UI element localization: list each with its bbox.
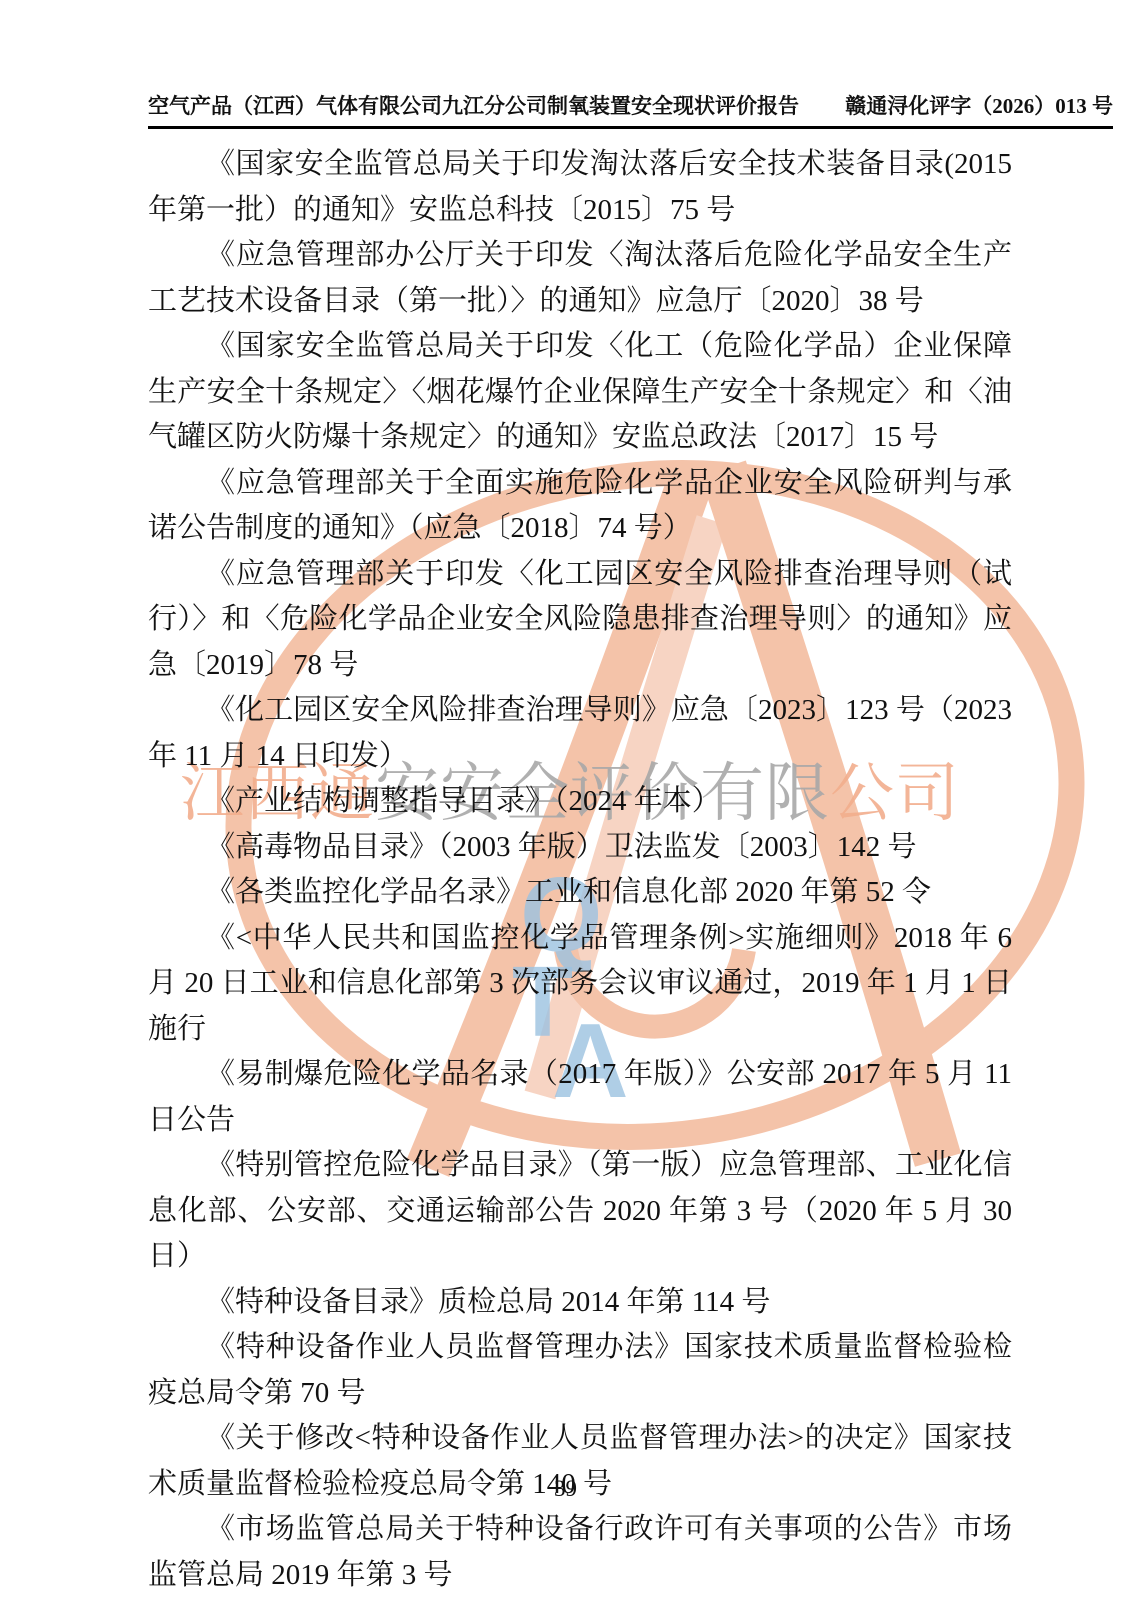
header-rule xyxy=(148,126,1113,129)
regulation-item: 《化工园区安全风险排查治理导则》应急〔2023〕123 号（2023 年 11 … xyxy=(148,688,1012,779)
regulation-item: 《国家安全监管总局关于印发淘汰落后安全技术装备目录(2015 年第一批）的通知》… xyxy=(148,142,1012,233)
regulation-item: 《特种设备目录》质检总局 2014 年第 114 号 xyxy=(148,1280,1012,1326)
page-header: 空气产品（江西）气体有限公司九江分公司制氧装置安全现状评价报告 赣通浔化评字（2… xyxy=(148,90,1113,120)
regulation-item: 《应急管理部办公厅关于印发〈淘汰落后危险化学品安全生产工艺技术设备目录（第一批）… xyxy=(148,233,1012,324)
regulation-item: 《<中华人民共和国监控化学品管理条例>实施细则》2018 年 6 月 20 日工… xyxy=(148,916,1012,1053)
regulation-item: 《应急管理部关于全面实施危险化学品企业安全风险研判与承诺公告制度的通知》（应急〔… xyxy=(148,461,1012,552)
regulation-item: 《国家安全监管总局关于印发〈化工（危险化学品）企业保障生产安全十条规定〉〈烟花爆… xyxy=(148,324,1012,461)
page-footer: 39 xyxy=(0,1476,1131,1502)
regulation-item: 《高毒物品目录》（2003 年版）卫法监发〔2003〕142 号 xyxy=(148,825,1012,871)
regulation-list: 《国家安全监管总局关于印发淘汰落后安全技术装备目录(2015 年第一批）的通知》… xyxy=(148,142,1012,1598)
regulation-item: 《特种设备作业人员监督管理办法》国家技术质量监督检验检疫总局令第 70 号 xyxy=(148,1325,1012,1416)
report-title: 空气产品（江西）气体有限公司九江分公司制氧装置安全现状评价报告 xyxy=(148,90,799,120)
doc-number: 赣通浔化评字（2026）013 号 xyxy=(845,90,1113,120)
regulation-item: 《市场监管总局关于特种设备行政许可有关事项的公告》市场监管总局 2019 年第 … xyxy=(148,1507,1012,1598)
regulation-item: 《应急管理部关于印发〈化工园区安全风险排查治理导则（试行）〉和〈危险化学品企业安… xyxy=(148,552,1012,689)
regulation-item: 《特别管控危险化学品目录》（第一版）应急管理部、工业化信息化部、公安部、交通运输… xyxy=(148,1143,1012,1280)
regulation-item: 《易制爆危险化学品名录（2017 年版）》公安部 2017 年 5 月 11 日… xyxy=(148,1052,1012,1143)
report-page: 江西通安安全评价有限公司 Q T A 空气产品（江西）气体有限公司九江分公司制氧… xyxy=(0,0,1131,1600)
page-number: 39 xyxy=(554,1476,577,1501)
regulation-item: 《产业结构调整指导目录》（2024 年本） xyxy=(148,779,1012,825)
regulation-item: 《各类监控化学品名录》工业和信息化部 2020 年第 52 令 xyxy=(148,870,1012,916)
